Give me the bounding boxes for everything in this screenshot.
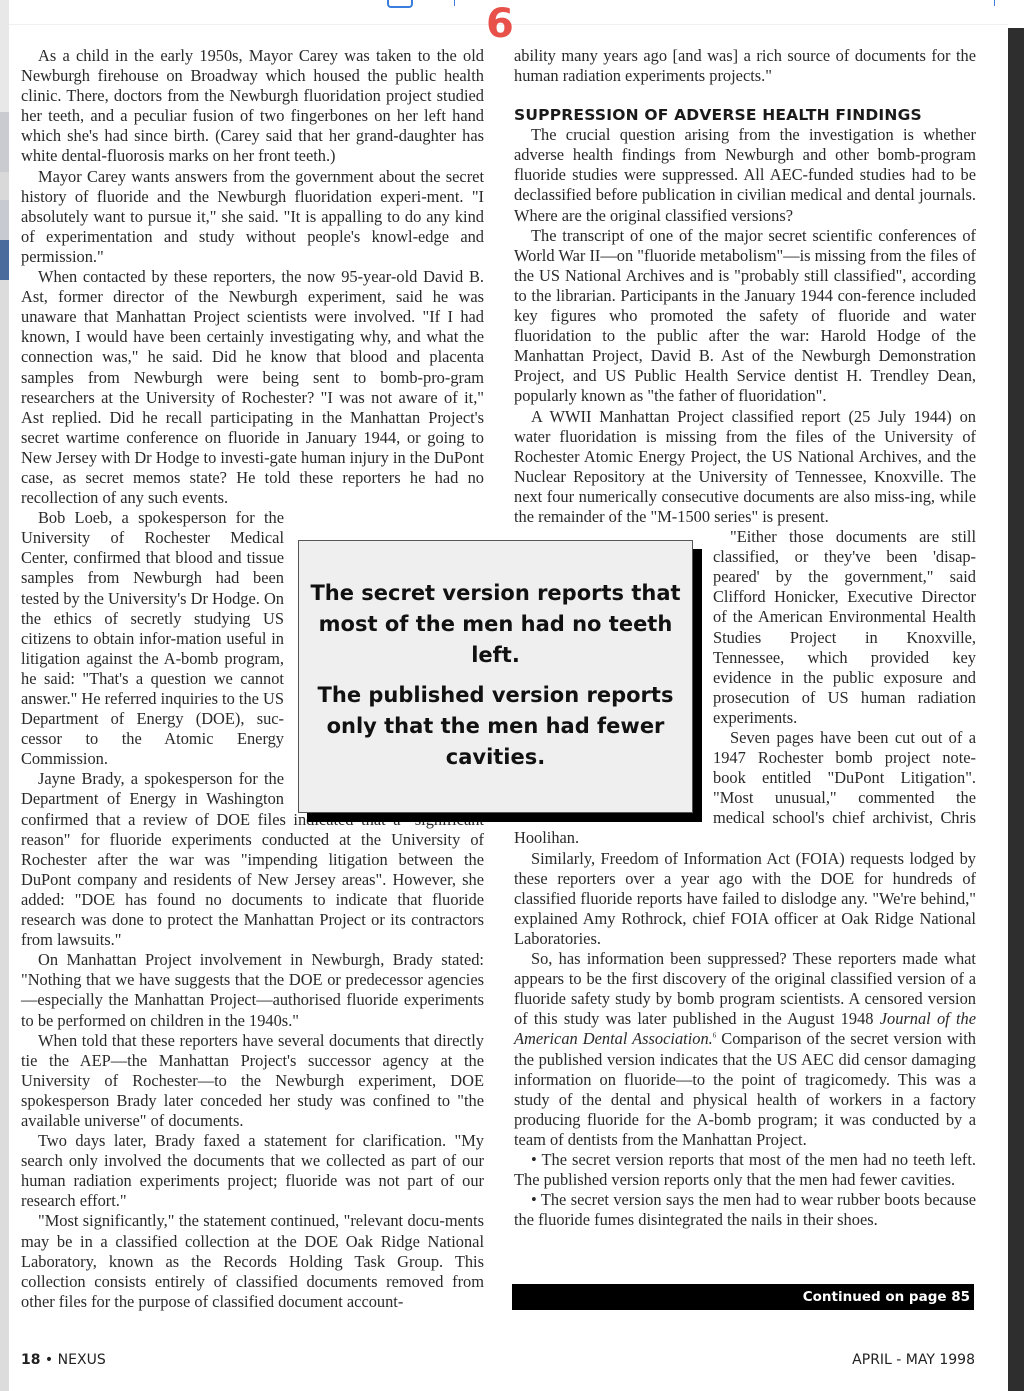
paragraph: When contacted by these reporters, the n… — [21, 267, 484, 508]
pull-quote-line: The published version reports only that … — [299, 680, 692, 773]
viewer-scrollbar[interactable] — [1008, 28, 1024, 1391]
paragraph: On Manhattan Project involvement in Newb… — [21, 950, 484, 1030]
section-heading: SUPPRESSION OF ADVERSE HEALTH FINDINGS — [514, 105, 976, 125]
pull-quote-box: The secret version reports that most of … — [298, 540, 693, 813]
footer-page-info: 18 • NEXUS — [21, 1352, 106, 1368]
toolbar-divider — [454, 0, 455, 6]
bullet-item: • The secret version reports that most o… — [514, 1150, 976, 1190]
paragraph: Mayor Carey wants answers from the gover… — [21, 167, 484, 267]
paragraph: Two days later, Brady faxed a statement … — [21, 1131, 484, 1211]
paragraph: A WWII Manhattan Project classified repo… — [514, 407, 976, 528]
pull-quote-line: The secret version reports that most of … — [299, 578, 692, 671]
paragraph: The transcript of one of the major secre… — [514, 226, 976, 407]
paragraph: The crucial question arising from the in… — [514, 125, 976, 225]
toolbar-divider — [994, 0, 995, 6]
paragraph: When told that these reporters have seve… — [21, 1031, 484, 1131]
paragraph: "Most significantly," the statement cont… — [21, 1211, 484, 1311]
publication-name: NEXUS — [58, 1352, 106, 1368]
separator: • — [40, 1352, 57, 1368]
toolbar-icon[interactable] — [387, 0, 413, 8]
continued-on-page-banner: Continued on page 85 — [512, 1284, 974, 1310]
adjacent-window-edge — [0, 0, 9, 1391]
page-indicator-badge: 6 — [486, 2, 514, 46]
bullet-item: • The secret version says the men had to… — [514, 1190, 976, 1230]
paragraph-suppressed: So, has information been suppressed? The… — [514, 949, 976, 1150]
paragraph: Similarly, Freedom of Information Act (F… — [514, 849, 976, 949]
page-number: 18 — [21, 1352, 40, 1368]
continuation-paragraph: ability many years ago [and was] a rich … — [514, 46, 976, 86]
issue-date: APRIL - MAY 1998 — [820, 1352, 975, 1368]
paragraph: As a child in the early 1950s, Mayor Car… — [21, 46, 484, 167]
